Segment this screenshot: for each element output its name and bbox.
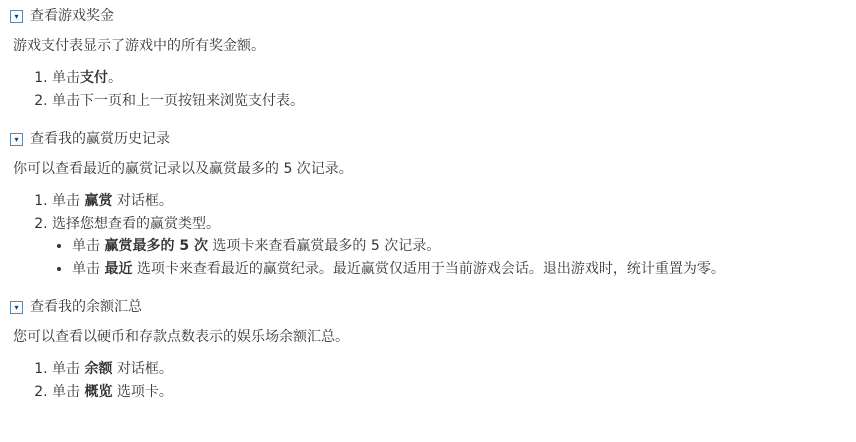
- ui-term: 支付: [80, 70, 108, 86]
- steps-list: 单击支付。 单击下一页和上一页按钮来浏览支付表。: [13, 70, 846, 109]
- help-page: { "colors": { "background": "#ffffff", "…: [0, 0, 856, 442]
- section-title[interactable]: 查看我的余额汇总: [30, 299, 142, 315]
- step-item: 单击下一页和上一页按钮来浏览支付表。: [52, 93, 846, 109]
- step-item: 单击 余额 对话框。: [52, 361, 846, 377]
- steps-list: 单击 余额 对话框。 单击 概览 选项卡。: [13, 361, 846, 400]
- step-text: 选择您想查看的赢赏类型。: [52, 216, 220, 232]
- step-item: 选择您想查看的赢赏类型。 单击 赢赏最多的 5 次 选项卡来查看赢赏最多的 5 …: [52, 216, 846, 277]
- ui-term: 赢赏: [84, 193, 112, 209]
- section-view-balance-summary: ▾ 查看我的余额汇总 您可以查看以硬币和存款点数表示的娱乐场余额汇总。 单击 余…: [13, 299, 846, 400]
- section-title[interactable]: 查看我的赢赏历史记录: [30, 131, 170, 147]
- ui-term: 最近: [104, 261, 132, 277]
- section-view-winnings-history: ▾ 查看我的赢赏历史记录 你可以查看最近的赢赏记录以及赢赏最多的 5 次记录。 …: [13, 131, 846, 277]
- step-item: 单击 赢赏 对话框。: [52, 193, 846, 209]
- step-text: 选项卡来查看赢赏最多的 5 次记录。: [208, 238, 440, 254]
- collapse-toggle-icon[interactable]: ▾: [10, 10, 23, 23]
- section-header-winnings-history[interactable]: ▾ 查看我的赢赏历史记录: [10, 131, 846, 147]
- section-header-balance-summary[interactable]: ▾ 查看我的余额汇总: [10, 299, 846, 315]
- section-header-game-bonus[interactable]: ▾ 查看游戏奖金: [10, 8, 846, 24]
- section-intro: 你可以查看最近的赢赏记录以及赢赏最多的 5 次记录。: [13, 161, 846, 177]
- step-item: 单击 概览 选项卡。: [52, 384, 846, 400]
- step-text: 单击: [52, 361, 84, 377]
- step-text: 对话框。: [112, 361, 172, 377]
- ui-term: 余额: [84, 361, 112, 377]
- substeps-list: 单击 赢赏最多的 5 次 选项卡来查看赢赏最多的 5 次记录。 单击 最近 选项…: [52, 238, 846, 277]
- ui-term: 概览: [84, 384, 112, 400]
- steps-list: 单击 赢赏 对话框。 选择您想查看的赢赏类型。 单击 赢赏最多的 5 次 选项卡…: [13, 193, 846, 277]
- step-text: 选项卡。: [112, 384, 172, 400]
- step-text: 单击: [72, 238, 104, 254]
- step-text: 。: [108, 70, 122, 86]
- section-title[interactable]: 查看游戏奖金: [30, 8, 114, 24]
- section-intro: 游戏支付表显示了游戏中的所有奖金额。: [13, 38, 846, 54]
- step-text: 选项卡来查看最近的赢赏纪录。最近赢赏仅适用于当前游戏会话。退出游戏时，统计重置为…: [132, 261, 724, 277]
- ui-term: 赢赏最多的 5 次: [104, 238, 208, 254]
- collapse-toggle-icon[interactable]: ▾: [10, 301, 23, 314]
- step-text: 单击: [72, 261, 104, 277]
- collapse-toggle-icon[interactable]: ▾: [10, 133, 23, 146]
- substep-item: 单击 赢赏最多的 5 次 选项卡来查看赢赏最多的 5 次记录。: [72, 238, 846, 254]
- step-text: 单击: [52, 70, 80, 86]
- step-text: 单击: [52, 193, 84, 209]
- substep-item: 单击 最近 选项卡来查看最近的赢赏纪录。最近赢赏仅适用于当前游戏会话。退出游戏时…: [72, 261, 846, 277]
- step-text: 对话框。: [112, 193, 172, 209]
- step-text: 单击: [52, 384, 84, 400]
- step-text: 单击下一页和上一页按钮来浏览支付表。: [52, 93, 304, 109]
- step-item: 单击支付。: [52, 70, 846, 86]
- section-intro: 您可以查看以硬币和存款点数表示的娱乐场余额汇总。: [13, 329, 846, 345]
- section-view-game-bonus: ▾ 查看游戏奖金 游戏支付表显示了游戏中的所有奖金额。 单击支付。 单击下一页和…: [13, 8, 846, 109]
